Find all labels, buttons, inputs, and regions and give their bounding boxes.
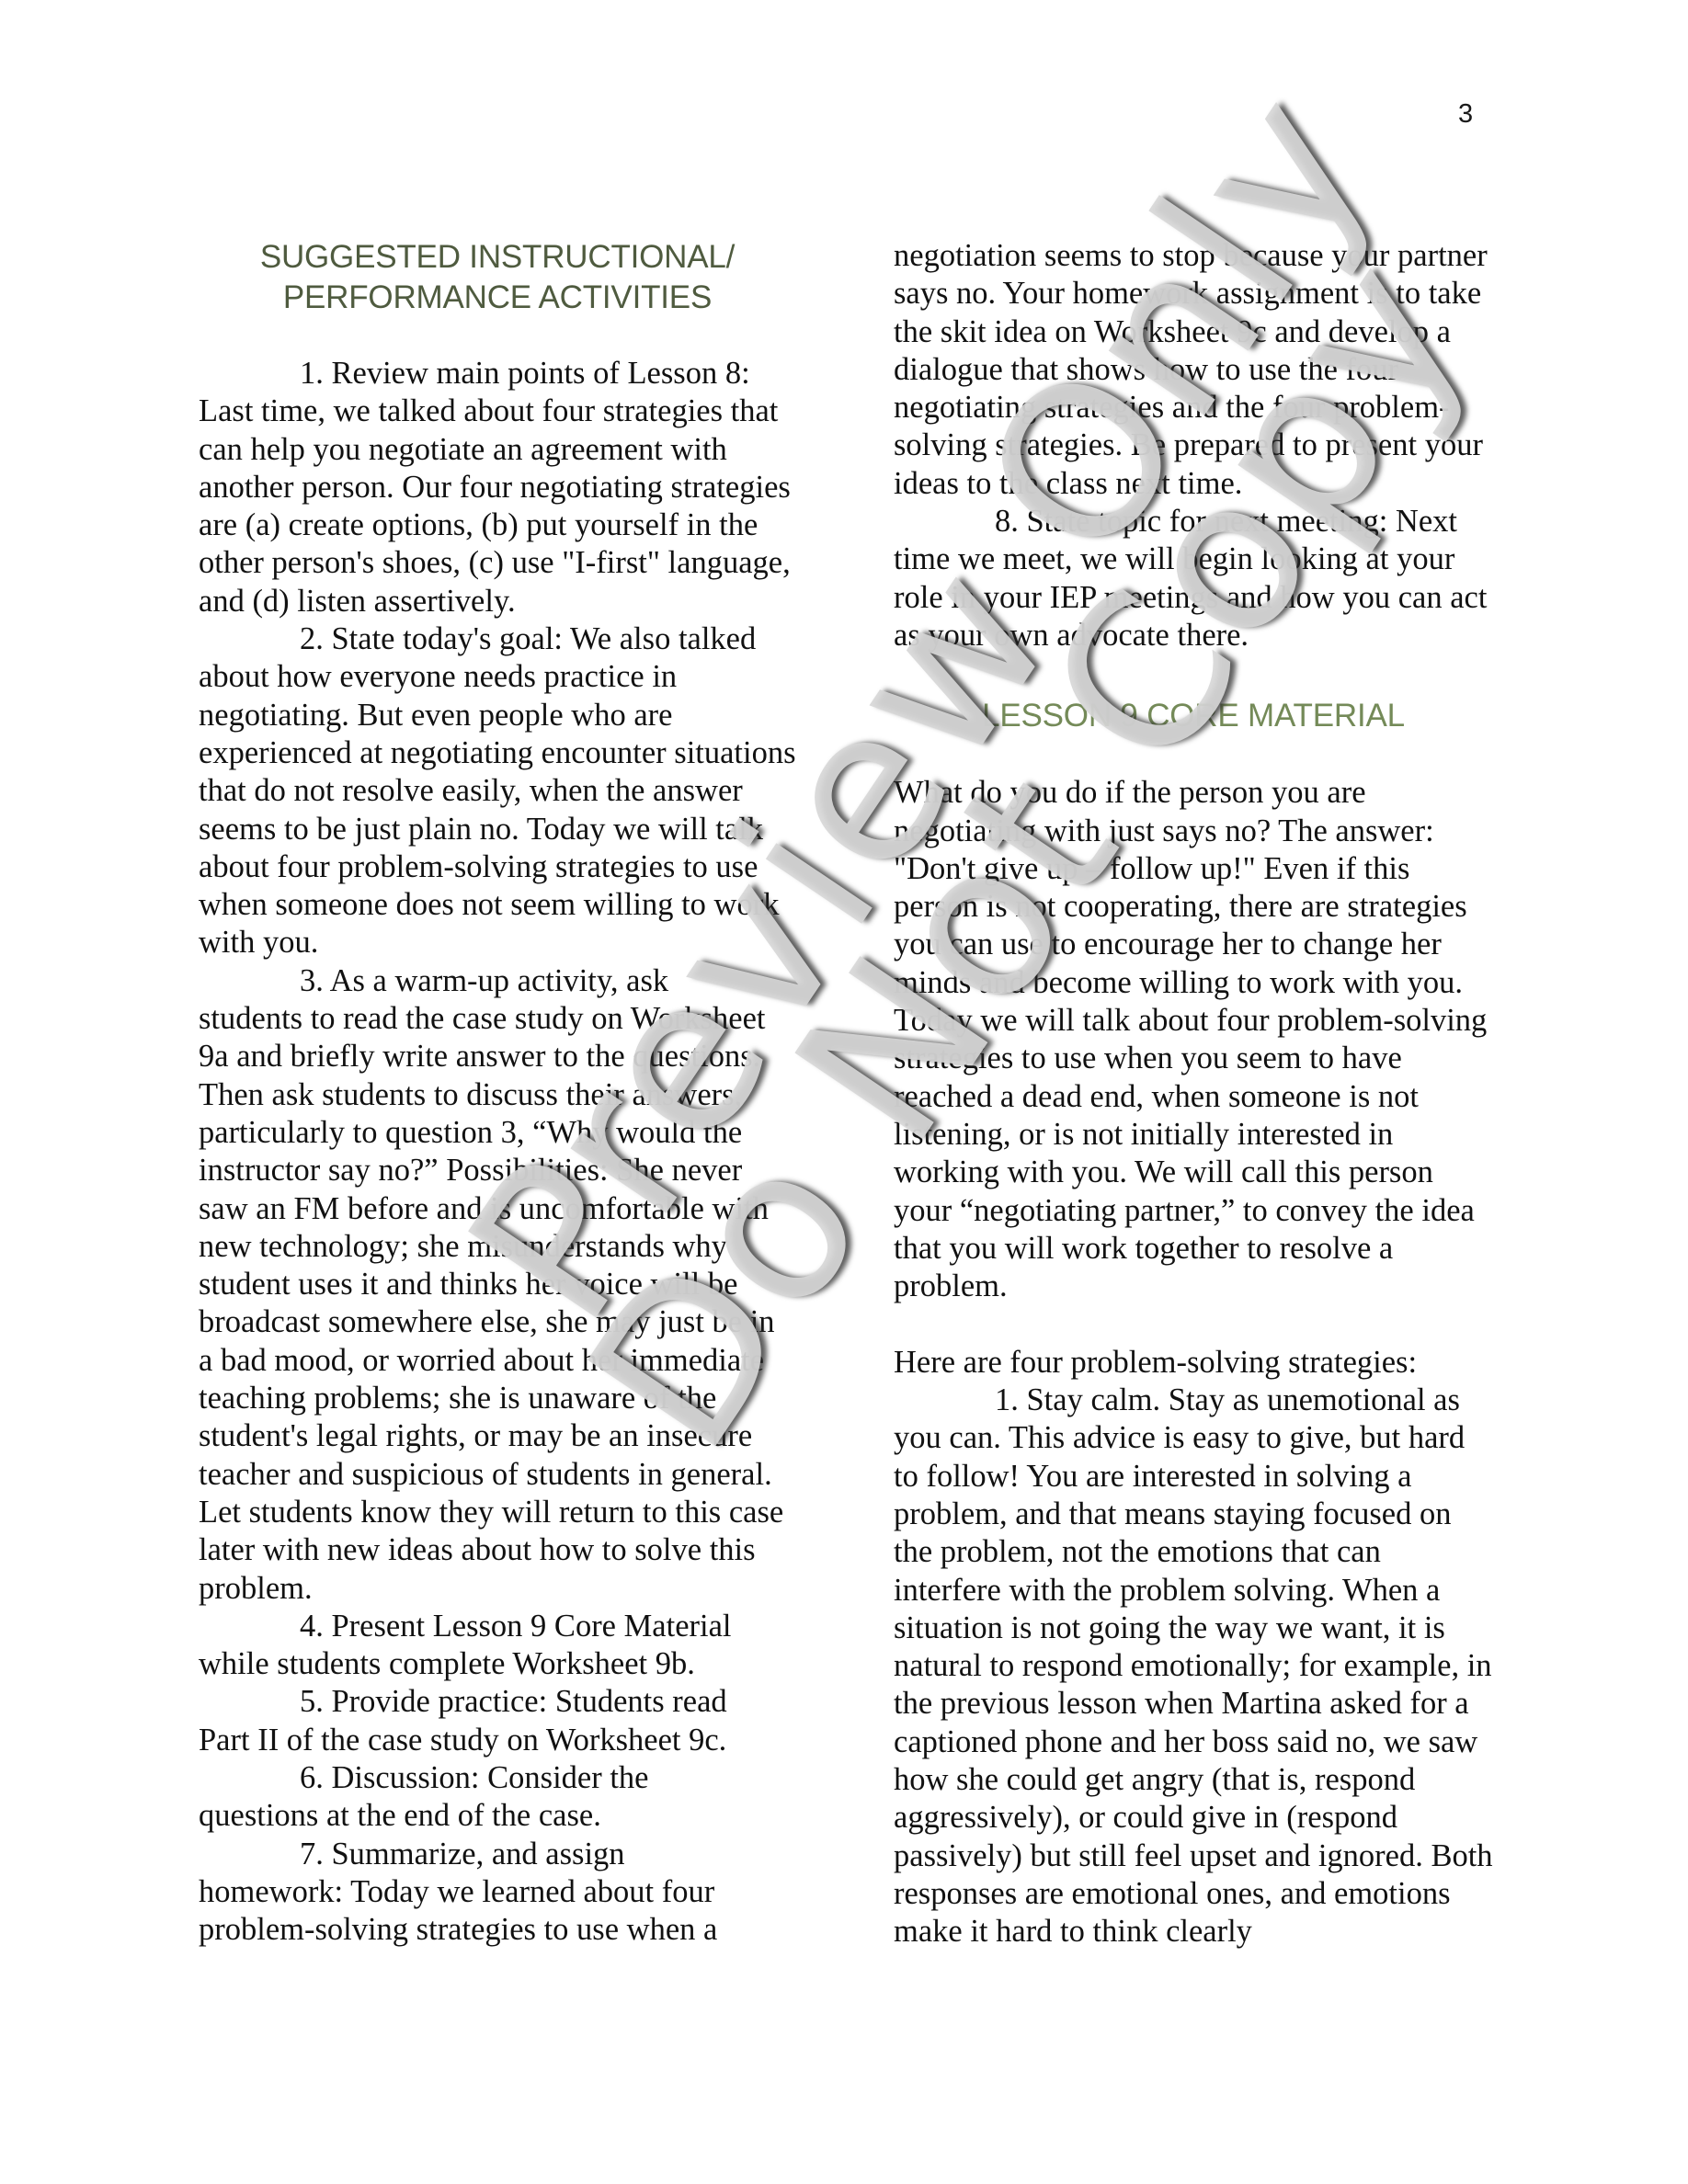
right-column: negotiation seems to stop because your p…	[894, 237, 1493, 1951]
strategy-item-1: 1. Stay calm. Stay as unemotional as you…	[894, 1382, 1493, 1951]
activity-item-7: 7. Summarize, and assign homework: Today…	[199, 1836, 796, 1950]
activity-item-8: 8. State topic for next meeting: Next ti…	[894, 503, 1493, 654]
section-heading-activities: SUGGESTED INSTRUCTIONAL/ PERFORMANCE ACT…	[199, 237, 796, 318]
activity-item-body: students to read the case study on Works…	[199, 1000, 796, 1608]
paragraph-spacer	[894, 1305, 1493, 1343]
activity-item-7-continuation: negotiation seems to stop because your p…	[894, 237, 1493, 503]
strategy-item-body: you can. This advice is easy to give, bu…	[894, 1419, 1493, 1951]
document-page: 3 SUGGESTED INSTRUCTIONAL/ PERFORMANCE A…	[0, 0, 1688, 2184]
activity-item-lead: 5. Provide practice: Students read	[199, 1683, 796, 1721]
activity-item-body: about how everyone needs practice in neg…	[199, 658, 796, 961]
heading-line-2: PERFORMANCE ACTIVITIES	[283, 279, 712, 315]
activity-item-5: 5. Provide practice: Students read Part …	[199, 1683, 796, 1759]
activity-item-6: 6. Discussion: Consider the questions at…	[199, 1759, 796, 1836]
activity-item-body: while students complete Worksheet 9b.	[199, 1645, 796, 1683]
core-material-intro: What do you do if the person you are neg…	[894, 774, 1493, 1305]
activity-item-3: 3. As a warm-up activity, ask students t…	[199, 962, 796, 1608]
activity-item-lead: 7. Summarize, and assign	[199, 1836, 796, 1873]
activity-item-lead: 6. Discussion: Consider the	[199, 1759, 796, 1797]
activity-item-body: time we meet, we will begin looking at y…	[894, 540, 1493, 654]
heading-line-1: SUGGESTED INSTRUCTIONAL/	[260, 239, 735, 275]
activity-item-body: questions at the end of the case.	[199, 1797, 796, 1835]
activity-item-1: 1. Review main points of Lesson 8: Last …	[199, 355, 796, 620]
strategy-item-lead: 1. Stay calm. Stay as unemotional as	[894, 1382, 1493, 1419]
activity-item-lead: 4. Present Lesson 9 Core Material	[199, 1608, 796, 1645]
left-column: SUGGESTED INSTRUCTIONAL/ PERFORMANCE ACT…	[199, 237, 796, 1949]
page-number: 3	[1458, 99, 1473, 130]
strategies-lead: Here are four problem-solving strategies…	[894, 1344, 1493, 1382]
activity-item-lead: 2. State today's goal: We also talked	[199, 620, 796, 658]
activity-item-body: Part II of the case study on Worksheet 9…	[199, 1722, 796, 1759]
activity-item-body: homework: Today we learned about four pr…	[199, 1873, 796, 1950]
activity-item-lead: 3. As a warm-up activity, ask	[199, 962, 796, 1000]
activity-item-lead: 1. Review main points of Lesson 8:	[199, 355, 796, 392]
activity-item-4: 4. Present Lesson 9 Core Material while …	[199, 1608, 796, 1684]
activity-item-body: Last time, we talked about four strategi…	[199, 392, 796, 620]
section-heading-core-material: LESSON 9 CORE MATERIAL	[894, 696, 1493, 736]
activity-item-2: 2. State today's goal: We also talked ab…	[199, 620, 796, 962]
activity-item-lead: 8. State topic for next meeting: Next	[894, 503, 1493, 540]
